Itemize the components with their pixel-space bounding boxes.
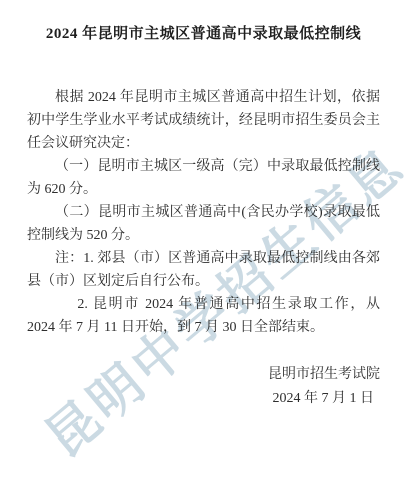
paragraph-note-1: 注：1. 郊县（市）区普通高中录取最低控制线由各郊县（市）区划定后自行公布。 <box>27 247 380 293</box>
paragraph-item-2-general-line: （二）昆明市主城区普通高中(含民办学校)录取最低控制线为 520 分。 <box>27 201 380 247</box>
issue-date: 2024 年 7 月 1 日 <box>0 387 407 411</box>
document-page: 昆明中学招生信息 2024 年昆明市主城区普通高中录取最低控制线 根据 2024… <box>0 0 407 500</box>
paragraph-item-1-tier1-line: （一）昆明市主城区一级高（完）中录取最低控制线为 620 分。 <box>27 155 380 201</box>
paragraph-note-2: 2. 昆明市 2024 年普通高中招生录取工作，从 2024 年 7 月 11 … <box>27 293 380 339</box>
paragraph-intro: 根据 2024 年昆明市主城区普通高中招生计划，依据初中学生学业水平考试成绩统计… <box>27 86 380 155</box>
issuing-authority: 昆明市招生考试院 <box>0 363 407 387</box>
signature-block: 昆明市招生考试院 2024 年 7 月 1 日 <box>0 363 407 411</box>
document-title: 2024 年昆明市主城区普通高中录取最低控制线 <box>0 0 407 43</box>
document-body: 根据 2024 年昆明市主城区普通高中招生计划，依据初中学生学业水平考试成绩统计… <box>27 86 380 339</box>
document-content: 2024 年昆明市主城区普通高中录取最低控制线 根据 2024 年昆明市主城区普… <box>0 0 407 411</box>
